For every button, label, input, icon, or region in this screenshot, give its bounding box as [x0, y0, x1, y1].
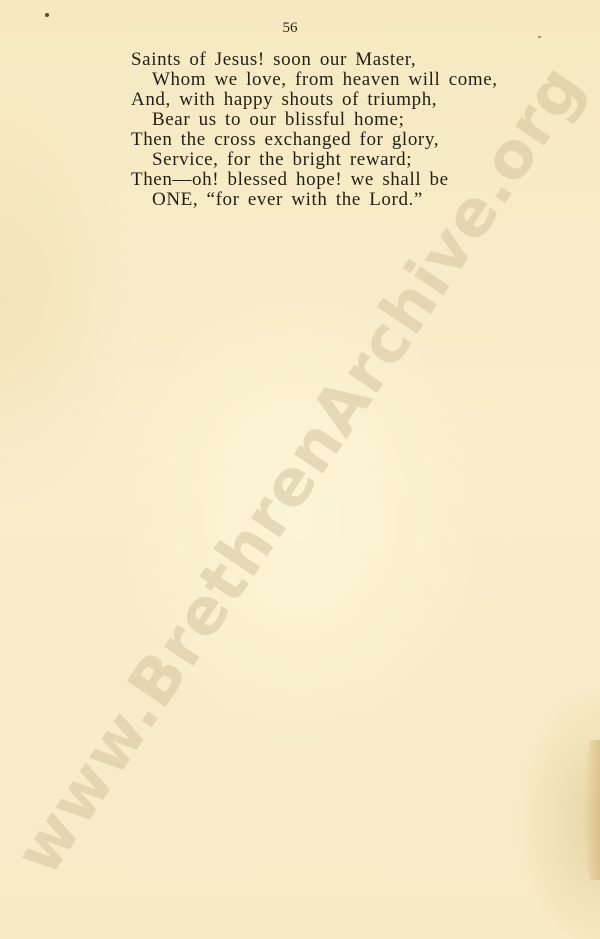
poem-line: Then the cross exchanged for glory,	[131, 130, 498, 150]
poem-line: And, with happy shouts of triumph,	[131, 90, 498, 110]
ink-speck	[45, 13, 49, 17]
poem-line: Service, for the bright reward;	[131, 150, 498, 170]
poem-line: Saints of Jesus! soon our Master,	[131, 50, 498, 70]
poem-line: ONE, “for ever with the Lord.”	[131, 190, 498, 210]
poem-line: Bear us to our blissful home;	[131, 110, 498, 130]
poem-stanza: Saints of Jesus! soon our Master, Whom w…	[131, 50, 498, 210]
page-number: 56	[0, 20, 580, 37]
poem-line: Whom we love, from heaven will come,	[131, 70, 498, 90]
page-stain	[584, 740, 600, 880]
poem-line: Then—oh! blessed hope! we shall be	[131, 170, 498, 190]
book-page: www.BrethrenArchive.org 56 Saints of Jes…	[0, 0, 600, 939]
